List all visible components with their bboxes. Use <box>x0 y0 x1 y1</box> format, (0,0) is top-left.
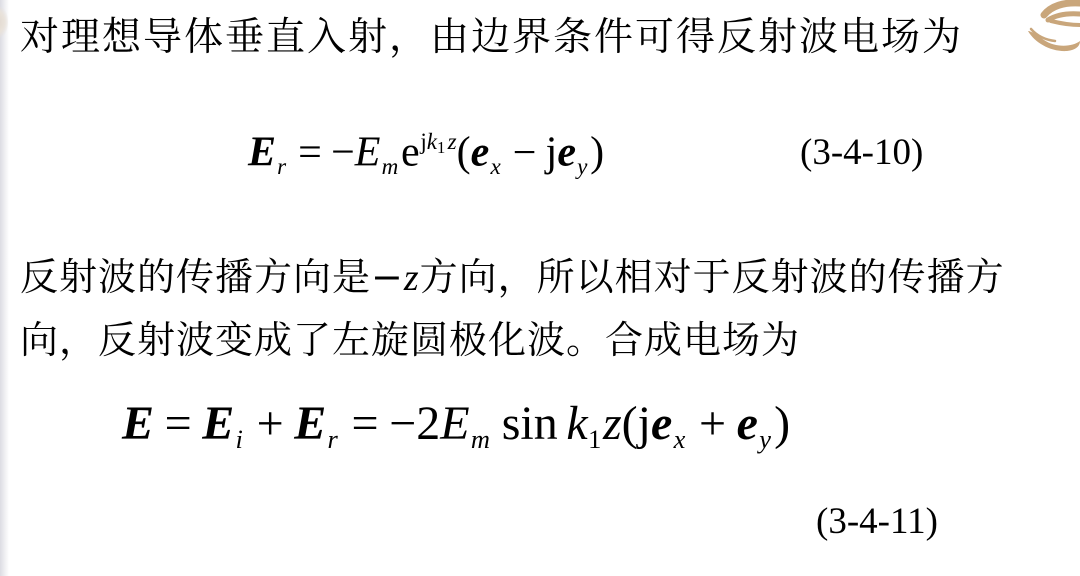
eq1-sub-m: m <box>382 153 399 179</box>
eq2-lparen: ( <box>622 397 638 450</box>
eq1-sub-x: x <box>490 153 500 179</box>
coffee-cup-swirl-strokes <box>1031 3 1080 41</box>
heading: 对理想导体垂直入射，由边界条件可得反射波电场为 <box>20 6 963 62</box>
page-edge-shadow <box>0 0 9 576</box>
paragraph-line-1-pre: 反射波的传播方向是− <box>20 255 404 299</box>
eq2-sub-r: r <box>328 424 338 454</box>
eq2-E-amplitude: E <box>440 397 469 450</box>
eq1-lparen: ( <box>457 130 471 176</box>
equation-1-label: (3-4-10) <box>800 131 923 174</box>
eq2-plus2: + <box>699 397 726 450</box>
eq2-z: z <box>603 397 622 450</box>
eq2-sub-x: x <box>674 424 686 454</box>
eq1-E-amplitude: E <box>355 130 381 176</box>
eq2-neg-two: −2 <box>389 397 440 450</box>
eq1-e-x-vector: e <box>471 130 490 176</box>
eq2-j-unit: j <box>638 397 651 450</box>
eq2-k: k <box>566 397 587 450</box>
eq2-E-r-vector: E <box>294 397 326 450</box>
eq1-sub-y: y <box>577 153 587 179</box>
slide: 对理想导体垂直入射，由边界条件可得反射波电场为 Er=−Emejk1z(ex−j… <box>0 0 1080 576</box>
eq1-rparen: ) <box>590 130 604 176</box>
equation-2: E=Ei+Er=−2Emsink1z(jex+ey) <box>122 396 790 455</box>
eq2-E-i-vector: E <box>202 397 234 450</box>
eq2-sub-y: y <box>759 424 771 454</box>
eq1-E-vector: E <box>248 130 276 176</box>
eq1-sup-k-sub-1: 1 <box>437 138 445 157</box>
paragraph-line-2-text: 向，反射波变成了左旋圆极化波。合成电场为 <box>20 318 800 362</box>
equation-1: Er=−Emejk1z(ex−jey) <box>248 128 604 180</box>
paragraph-line-2: 向，反射波变成了左旋圆极化波。合成电场为 <box>20 309 1005 372</box>
equation-2-label: (3-4-11) <box>816 500 938 543</box>
eq1-equals: = <box>298 130 322 176</box>
eq2-sin-function: sin <box>502 397 558 450</box>
paragraph-z-variable: z <box>404 257 420 299</box>
eq2-equals1: = <box>165 397 192 450</box>
eq2-e-x-vector: e <box>651 397 672 450</box>
eq1-e-y-vector: e <box>557 130 576 176</box>
eq1-sub-r: r <box>277 153 286 179</box>
eq1-j-unit: j <box>546 130 558 176</box>
paragraph: 反射波的传播方向是−z方向，所以相对于反射波的传播方 向，反射波变成了左旋圆极化… <box>20 246 1005 372</box>
eq2-equals2: = <box>352 397 379 450</box>
eq1-minus: − <box>331 130 355 176</box>
eq2-sub-i: i <box>236 424 243 454</box>
paragraph-line-1: 反射波的传播方向是−z方向，所以相对于反射波的传播方 <box>20 246 1005 309</box>
eq1-sup-k: k <box>427 128 437 154</box>
eq1-sup-z: z <box>448 128 457 154</box>
paragraph-line-1-post: 方向，所以相对于反射波的传播方 <box>420 255 1005 299</box>
heading-text: 对理想导体垂直入射，由边界条件可得反射波电场为 <box>20 15 963 60</box>
coffee-cup-icon <box>1020 0 1080 64</box>
eq1-exponent: jk1z <box>420 128 456 154</box>
eq2-plus1: + <box>257 397 284 450</box>
eq2-sub-m: m <box>471 424 490 454</box>
eq2-e-y-vector: e <box>737 397 758 450</box>
eq2-k-sub-1: 1 <box>588 424 601 454</box>
eq1-exp-base: e <box>401 130 420 176</box>
eq2-rparen: ) <box>774 397 790 450</box>
eq1-minus2: − <box>513 130 537 176</box>
eq2-E-total-vector: E <box>122 397 154 450</box>
